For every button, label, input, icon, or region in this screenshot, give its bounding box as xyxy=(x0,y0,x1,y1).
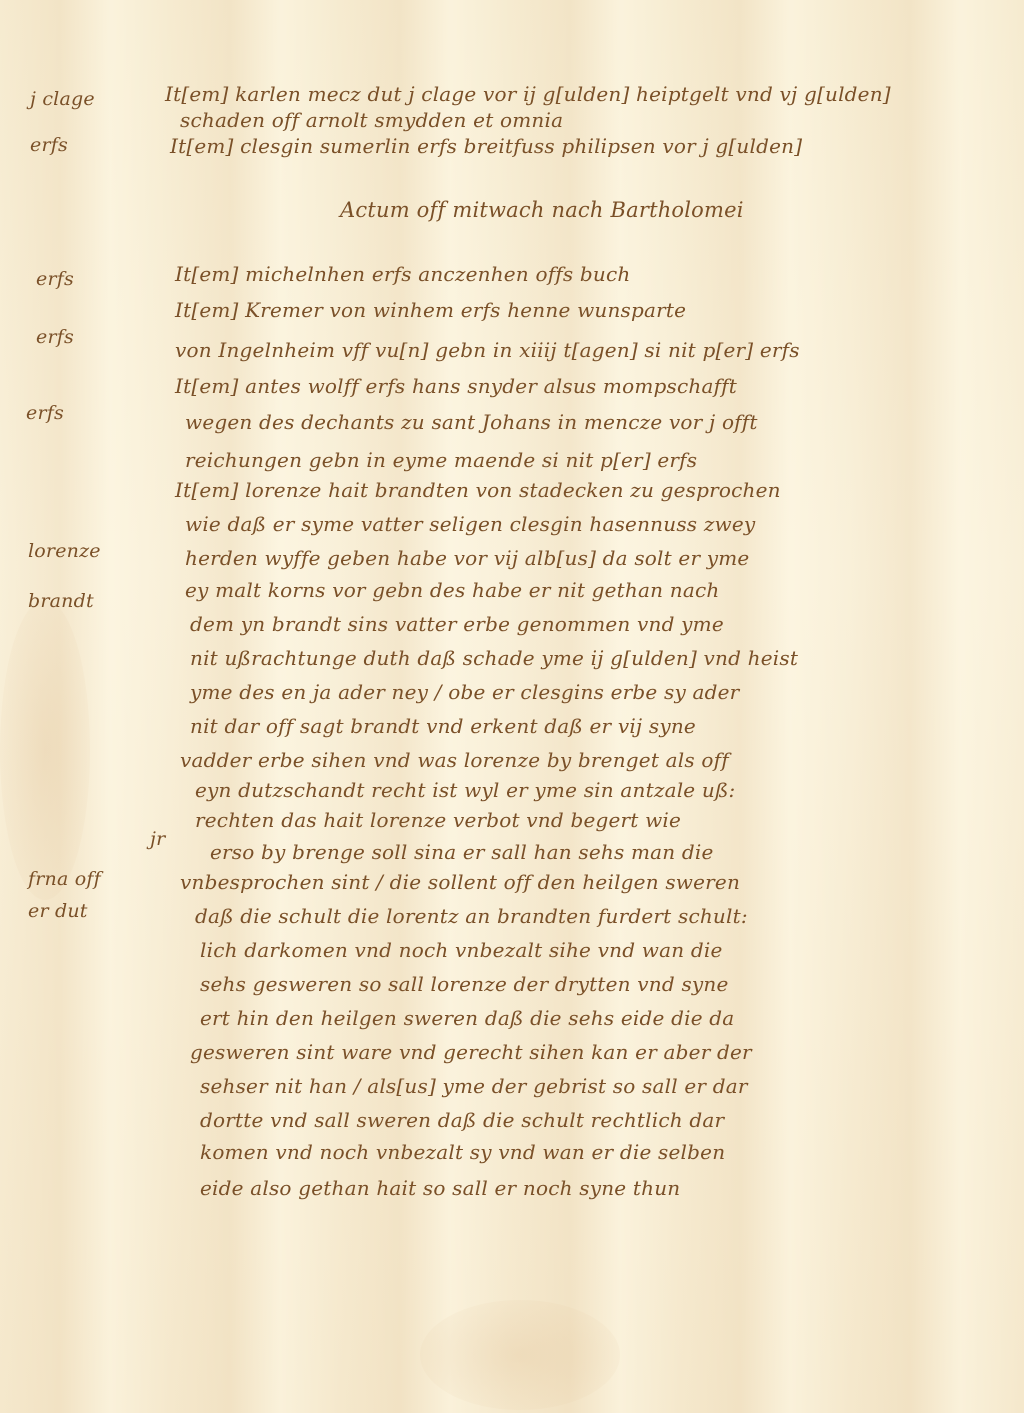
margin-note: erfs xyxy=(36,268,74,290)
text-line: von Ingelnheim vff vu[n] gebn in xiiij t… xyxy=(175,338,800,362)
margin-note: j clage xyxy=(30,88,95,110)
text-line: lich darkomen vnd noch vnbezalt sihe vnd… xyxy=(200,938,722,962)
text-line: rechten das hait lorenze verbot vnd bege… xyxy=(195,808,681,832)
text-line: nit ußrachtunge duth daß schade yme ij g… xyxy=(190,646,798,670)
text-line: reichungen gebn in eyme maende si nit p[… xyxy=(185,448,697,472)
text-line: ey malt korns vor gebn des habe er nit g… xyxy=(185,578,719,602)
manuscript-page: j clage erfs erfs erfs erfs lorenze bran… xyxy=(0,0,1024,1413)
margin-note: lorenze xyxy=(28,540,101,562)
text-line: It[em] Kremer von winhem erfs henne wuns… xyxy=(175,298,686,322)
text-line: erso by brenge soll sina er sall han seh… xyxy=(210,840,714,864)
text-line: nit dar off sagt brandt vnd erkent daß e… xyxy=(190,714,696,738)
text-line: wie daß er syme vatter seligen clesgin h… xyxy=(185,512,755,536)
margin-note: erfs xyxy=(30,134,68,156)
text-line: It[em] antes wolff erfs hans snyder alsu… xyxy=(175,374,737,398)
text-line: sehser nit han / als[us] yme der gebrist… xyxy=(200,1074,748,1098)
margin-note: jr xyxy=(150,828,165,850)
text-line: eide also gethan hait so sall er noch sy… xyxy=(200,1176,680,1200)
text-line: It[em] lorenze hait brandten von stadeck… xyxy=(175,478,781,502)
text-line: gesweren sint ware vnd gerecht sihen kan… xyxy=(190,1040,752,1064)
text-line: eyn dutzschandt recht ist wyl er yme sin… xyxy=(195,778,735,802)
margin-note: erfs xyxy=(26,402,64,424)
margin-note: brandt xyxy=(28,590,94,612)
text-line: ert hin den heilgen sweren daß die sehs … xyxy=(200,1006,734,1030)
text-line: It[em] karlen mecz dut j clage vor ij g[… xyxy=(165,82,891,106)
text-line: It[em] clesgin sumerlin erfs breitfuss p… xyxy=(170,134,802,158)
text-line: daß die schult die lorentz an brandten f… xyxy=(195,904,748,928)
text-line: wegen des dechants zu sant Johans in men… xyxy=(185,410,758,434)
margin-note: frna off xyxy=(28,868,101,890)
session-heading: Actum off mitwach nach Bartholomei xyxy=(340,198,744,222)
text-line: vnbesprochen sint / die sollent off den … xyxy=(180,870,740,894)
paper-stain xyxy=(420,1300,620,1410)
margin-note: erfs xyxy=(36,326,74,348)
text-line: komen vnd noch vnbezalt sy vnd wan er di… xyxy=(200,1140,725,1164)
text-line: schaden off arnolt smydden et omnia xyxy=(180,108,563,132)
text-line: It[em] michelnhen erfs anczenhen offs bu… xyxy=(175,262,630,286)
paper-stain xyxy=(0,600,90,900)
text-line: dortte vnd sall sweren daß die schult re… xyxy=(200,1108,724,1132)
text-line: dem yn brandt sins vatter erbe genommen … xyxy=(190,612,724,636)
text-line: vadder erbe sihen vnd was lorenze by bre… xyxy=(180,748,729,772)
text-line: herden wyffe geben habe vor vij alb[us] … xyxy=(185,546,749,570)
margin-note: er dut xyxy=(28,900,88,922)
text-line: sehs gesweren so sall lorenze der drytte… xyxy=(200,972,729,996)
text-line: yme des en ja ader ney / obe er clesgins… xyxy=(190,680,739,704)
